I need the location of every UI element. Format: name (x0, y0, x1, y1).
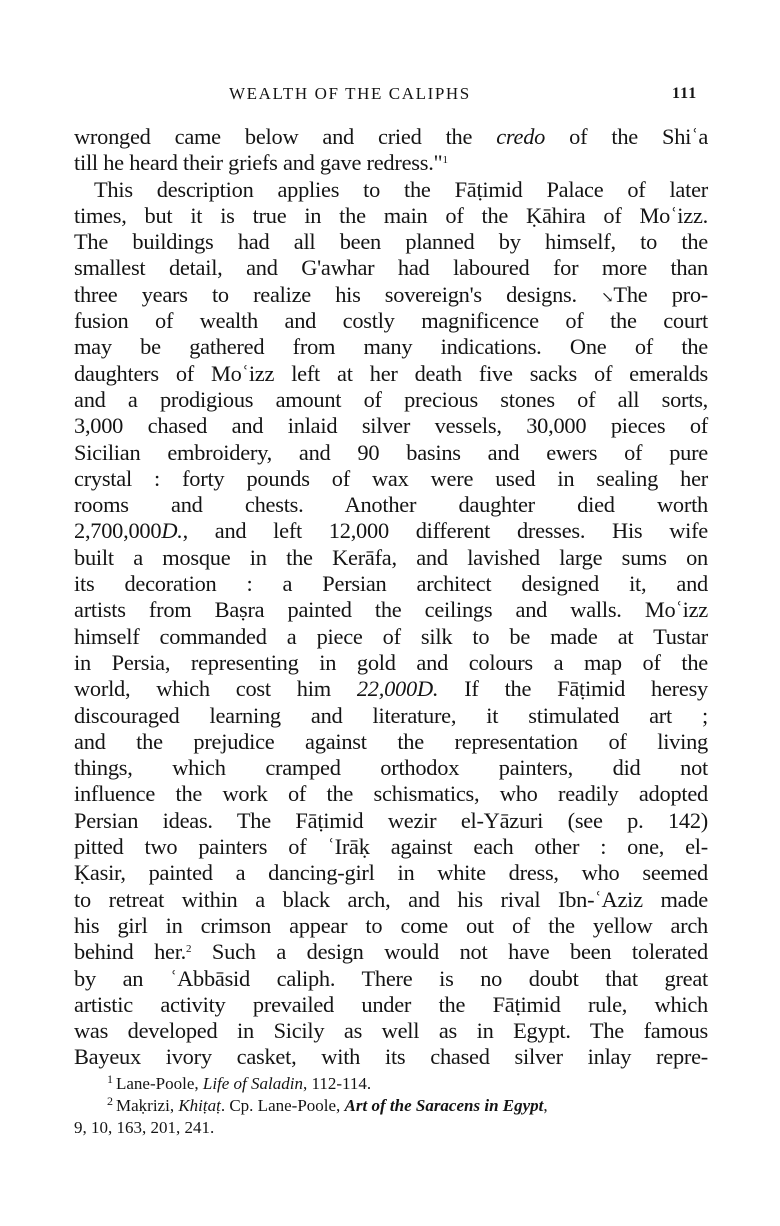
text-line: artists from Baṣra painted the ceilings … (74, 597, 708, 623)
footnotes: 1Lane-Poole, Life of Saladin, 112-114. 2… (74, 1073, 708, 1139)
text-line: and the prejudice against the representa… (74, 729, 708, 755)
text-line: his girl in crimson appear to come out o… (74, 913, 708, 939)
running-title: WEALTH OF THE CALIPHS (229, 84, 471, 104)
page-number: 111 (672, 85, 697, 103)
text-line: behind her.2 Such a design would not hav… (74, 939, 708, 965)
text-line: 3,000 chased and inlaid silver vessels, … (74, 413, 708, 439)
footnote-1: 1Lane-Poole, Life of Saladin, 112-114. (74, 1073, 708, 1095)
text-line: crystal : forty pounds of wax were used … (74, 466, 708, 492)
text-line: Persian ideas. The Fāṭimid wezir el-Yāzu… (74, 808, 708, 834)
text-line: to retreat within a black arch, and his … (74, 887, 708, 913)
footnote-marker: 1 (107, 1072, 113, 1086)
text-line: Sicilian embroidery, and 90 basins and e… (74, 440, 708, 466)
text-line: Ḳasir, painted a dancing-girl in white d… (74, 860, 708, 886)
text-line: till he heard their griefs and gave redr… (74, 150, 708, 176)
text-line: fusion of wealth and costly magnificence… (74, 308, 708, 334)
text-line: artistic activity prevailed under the Fā… (74, 992, 708, 1018)
text-line: world, which cost him 22,000D. If the Fā… (74, 676, 708, 702)
text-line: The buildings had all been planned by hi… (74, 229, 708, 255)
text-line: things, which cramped orthodox painters,… (74, 755, 708, 781)
text-line: Bayeux ivory casket, with its chased sil… (74, 1044, 708, 1070)
footnote-ref-1[interactable]: 1 (442, 154, 447, 166)
text-line: daughters of Moʿizz left at her death fi… (74, 361, 708, 387)
text-line: 2,700,000D., and left 12,000 different d… (74, 518, 708, 544)
text-line: three years to realize his sovereign's d… (74, 282, 708, 308)
text-line: may be gathered from many indications. O… (74, 334, 708, 360)
body-text: wronged came below and cried the credo o… (74, 124, 708, 1071)
text-line: by an ʿAbbāsid caliph. There is no doubt… (74, 966, 708, 992)
text-line: discouraged learning and literature, it … (74, 703, 708, 729)
text-line: times, but it is true in the main of the… (74, 203, 708, 229)
text-line: wronged came below and cried the credo o… (74, 124, 708, 150)
running-head: WEALTH OF THE CALIPHS 111 (0, 84, 780, 108)
text-line: was developed in Sicily as well as in Eg… (74, 1018, 708, 1044)
footnote-2-continuation: 9, 10, 163, 201, 241. (74, 1117, 708, 1139)
text-line: in Persia, representing in gold and colo… (74, 650, 708, 676)
footnote-marker: 2 (107, 1094, 113, 1108)
text-line: This description applies to the Fāṭimid … (74, 177, 708, 203)
text-line: and a prodigious amount of precious ston… (74, 387, 708, 413)
footnote-2: 2Maḳrizi, Khiṭaṭ. Cp. Lane-Poole, Art of… (74, 1095, 708, 1117)
text-line: its decoration : a Persian architect des… (74, 571, 708, 597)
text-line: rooms and chests. Another daughter died … (74, 492, 708, 518)
text-line: influence the work of the schismatics, w… (74, 781, 708, 807)
text-line: pitted two painters of ʿIrāḳ against eac… (74, 834, 708, 860)
editorial-mark-icon: ↘ (601, 290, 613, 306)
text-line: himself commanded a piece of silk to be … (74, 624, 708, 650)
text-line: smallest detail, and G'awhar had laboure… (74, 255, 708, 281)
text-line: built a mosque in the Kerāfa, and lavish… (74, 545, 708, 571)
